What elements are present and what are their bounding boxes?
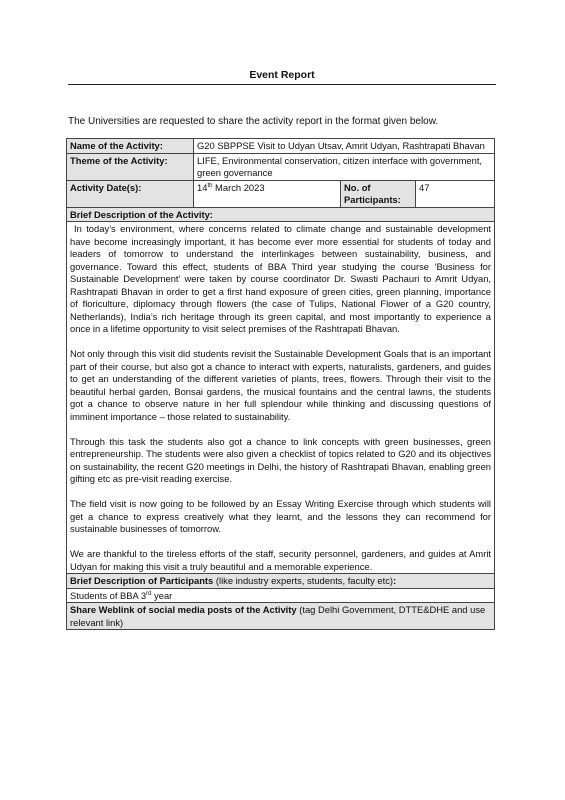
row-participants-body: Students of BBA 3rd year [67, 588, 495, 603]
row-weblink-header: Share Weblink of social media posts of t… [67, 603, 495, 630]
date-month-year: March 2023 [212, 182, 264, 193]
row-description-header: Brief Description of the Activity: [67, 207, 495, 222]
description-paragraph: We are thankful to the tireless efforts … [70, 548, 491, 573]
description-label: Brief Description of the Activity: [67, 207, 495, 222]
activity-name-value: G20 SBPPSE Visit to Udyan Utsav, Amrit U… [194, 139, 495, 154]
activity-name-label: Name of the Activity: [67, 139, 194, 154]
participants-text-end: year [151, 590, 172, 601]
row-activity-date: Activity Date(s): 14th March 2023 No. of… [67, 180, 495, 207]
row-activity-name: Name of the Activity: G20 SBPPSE Visit t… [67, 139, 495, 154]
activity-theme-value: LIFE, Environmental conservation, citize… [194, 153, 495, 180]
activity-date-value: 14th March 2023 [194, 180, 341, 207]
document-title: Event Report [68, 68, 496, 82]
participants-label-note: (like industry experts, students, facult… [213, 575, 393, 586]
date-day: 14 [197, 182, 207, 193]
participants-text: Students of BBA 3 [70, 590, 146, 601]
participants-count-label: No. of Participants: [341, 180, 416, 207]
title-underline [68, 84, 496, 85]
description-paragraph: In today’s environment, where concerns r… [70, 223, 491, 336]
row-participants-header: Brief Description of Participants (like … [67, 574, 495, 589]
activity-theme-label: Theme of the Activity: [67, 153, 194, 180]
weblink-label-bold: Share Weblink of social media posts of t… [70, 604, 297, 615]
participants-label-colon: : [393, 575, 396, 586]
weblink-label: Share Weblink of social media posts of t… [67, 603, 495, 630]
row-activity-theme: Theme of the Activity: LIFE, Environment… [67, 153, 495, 180]
participants-count-value: 47 [416, 180, 495, 207]
description-paragraph: The field visit is now going to be follo… [70, 498, 491, 536]
participants-label-bold: Brief Description of Participants [70, 575, 213, 586]
description-body: In today’s environment, where concerns r… [67, 222, 495, 574]
participants-description-label: Brief Description of Participants (like … [67, 574, 495, 589]
participants-description-value: Students of BBA 3rd year [67, 588, 495, 603]
description-paragraph: Not only through this visit did students… [70, 348, 491, 423]
description-paragraph: Through this task the students also got … [70, 436, 491, 486]
activity-date-label: Activity Date(s): [67, 180, 194, 207]
row-description-body: In today’s environment, where concerns r… [67, 222, 495, 574]
event-report-table: Name of the Activity: G20 SBPPSE Visit t… [66, 138, 495, 630]
intro-text: The Universities are requested to share … [68, 115, 498, 129]
